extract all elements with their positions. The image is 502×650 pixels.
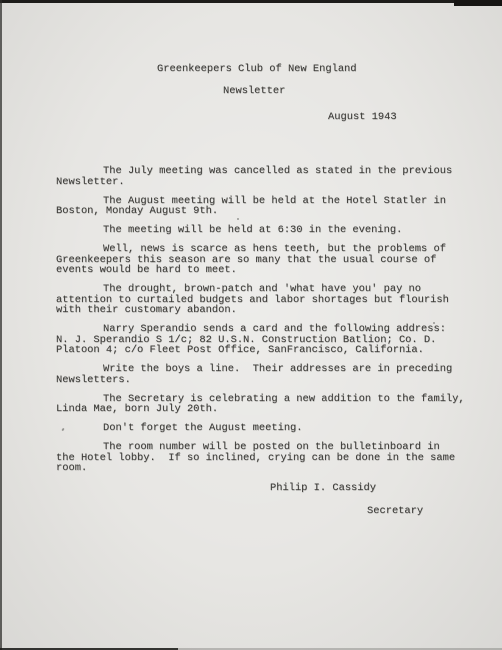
paragraph-news-scarce: Well, news is scarce as hens teeth, but …	[56, 244, 476, 276]
paragraph-august-meeting: The August meeting will be held at the H…	[56, 196, 476, 217]
paragraph-dont-forget: Don't forget the August meeting.	[56, 423, 476, 434]
paragraph-sperandio-address: Narry Sperandio sends a card and the fol…	[56, 324, 476, 356]
newsletter-page: Greenkeepers Club of New England Newslet…	[0, 0, 502, 650]
paragraph-july-meeting: The July meeting was cancelled as stated…	[56, 166, 476, 187]
paragraph-meeting-time: The meeting will be held at 6:30 in the …	[56, 225, 476, 236]
signature-name: Philip I. Cassidy	[270, 483, 376, 494]
document-subtitle: Newsletter	[223, 86, 285, 97]
paragraph-drought: The drought, brown-patch and 'what have …	[56, 284, 476, 316]
letter-body: The July meeting was cancelled as stated…	[56, 166, 476, 482]
scan-edge-left	[0, 0, 2, 650]
scan-edge-top-right	[454, 0, 502, 6]
paragraph-write-boys: Write the boys a line. Their addresses a…	[56, 364, 476, 385]
document-title: Greenkeepers Club of New England	[157, 64, 357, 75]
paragraph-room-number: The room number will be posted on the bu…	[56, 442, 476, 474]
paragraph-secretary-family: The Secretary is celebrating a new addit…	[56, 394, 476, 415]
signature-role: Secretary	[367, 506, 423, 517]
document-date: August 1943	[328, 112, 397, 123]
scan-edge-top	[0, 0, 502, 3]
